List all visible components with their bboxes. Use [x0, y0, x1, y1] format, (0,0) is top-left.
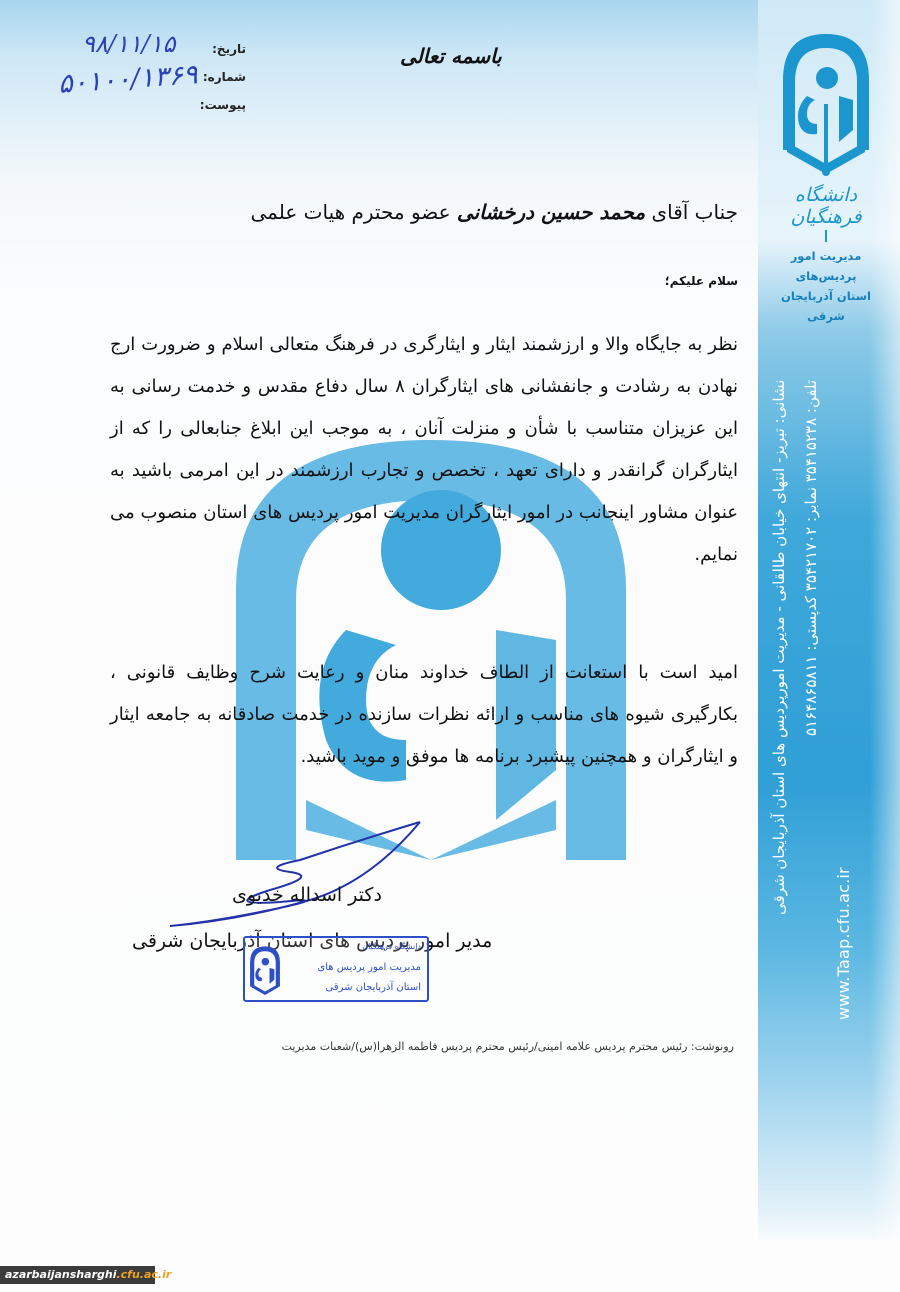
phone-fax-postal-text: تلفن: ۳۵۴۱۵۲۳۸ نمابر: ۳۵۴۲۱۷۰۲ کدپستی: ۵… [802, 380, 820, 1020]
address-text: نشانی: تبریز- انتهای خیابان طالقانی - مد… [770, 380, 788, 1020]
site-name-part2: .cfu.ac.ir [116, 1268, 171, 1281]
stamp-line-3: استان آذربایجان شرقی [326, 982, 421, 993]
university-logo: دانشگاه فرهنگیان مدیریت امور پردیس‌های ا… [762, 30, 890, 326]
website-text: www.Taap.cfu.ac.ir [834, 380, 853, 1020]
letterhead-contact-info: www.Taap.cfu.ac.ir تلفن: ۳۵۴۱۵۲۳۸ نمابر:… [766, 380, 876, 1020]
addressee-line: جناب آقای محمد حسین درخشانی عضو محترم هی… [251, 200, 739, 224]
letter-page: دانشگاه فرهنگیان مدیریت امور پردیس‌های ا… [0, 0, 900, 1292]
addressee-prefix: جناب آقای [645, 200, 738, 224]
signature-scribble-icon [160, 820, 430, 934]
basmala-heading: باسمه تعالی [400, 44, 502, 68]
handwritten-number: ۵۰۱۰۰/۱۳۶۹ [57, 59, 198, 100]
addressee-suffix: عضو محترم هیات علمی [251, 200, 457, 224]
logo-script-text: دانشگاه فرهنگیان [762, 184, 890, 228]
handwritten-date: ۹۸/۱۱/۱۵ [82, 30, 176, 58]
paragraph-appointment: نظر به جایگاه والا و ارزشمند ایثار و ایث… [110, 324, 738, 576]
carbon-copy-line: رونوشت: رئیس محترم پردیس علامه امینی/رئی… [282, 1040, 734, 1053]
logo-line-2: استان آذربایجان شرقی [762, 286, 890, 326]
stamp-emblem-icon [248, 944, 282, 1002]
site-watermark-badge: azarbaijansharghi.cfu.ac.ir [0, 1266, 155, 1284]
date-label: تاریخ: [196, 36, 246, 64]
logo-line-1: مدیریت امور پردیس‌های [762, 246, 890, 286]
stamp-line-2: مدیریت امور پردیس های [317, 962, 421, 973]
number-label: شماره: [196, 64, 246, 92]
letter-meta: تاریخ: شماره: پیوست: [196, 36, 246, 120]
university-emblem-icon [777, 30, 875, 180]
greeting: سلام علیکم؛ [665, 274, 738, 288]
paragraph-wishes: امید است با استعانت از الطاف خداوند منان… [110, 652, 738, 778]
signer-name: دکتر اسداله خدیوی [232, 884, 382, 906]
site-name-part1: azarbaijansharghi [5, 1268, 116, 1281]
addressee-name: محمد حسین درخشانی [457, 200, 645, 224]
attachment-label: پیوست: [196, 92, 246, 120]
official-stamp: دانشگاه فرهنگیان مدیریت امور پردیس های ا… [243, 936, 429, 1002]
logo-divider [825, 230, 827, 242]
stamp-line-1: دانشگاه فرهنگیان [362, 942, 421, 951]
